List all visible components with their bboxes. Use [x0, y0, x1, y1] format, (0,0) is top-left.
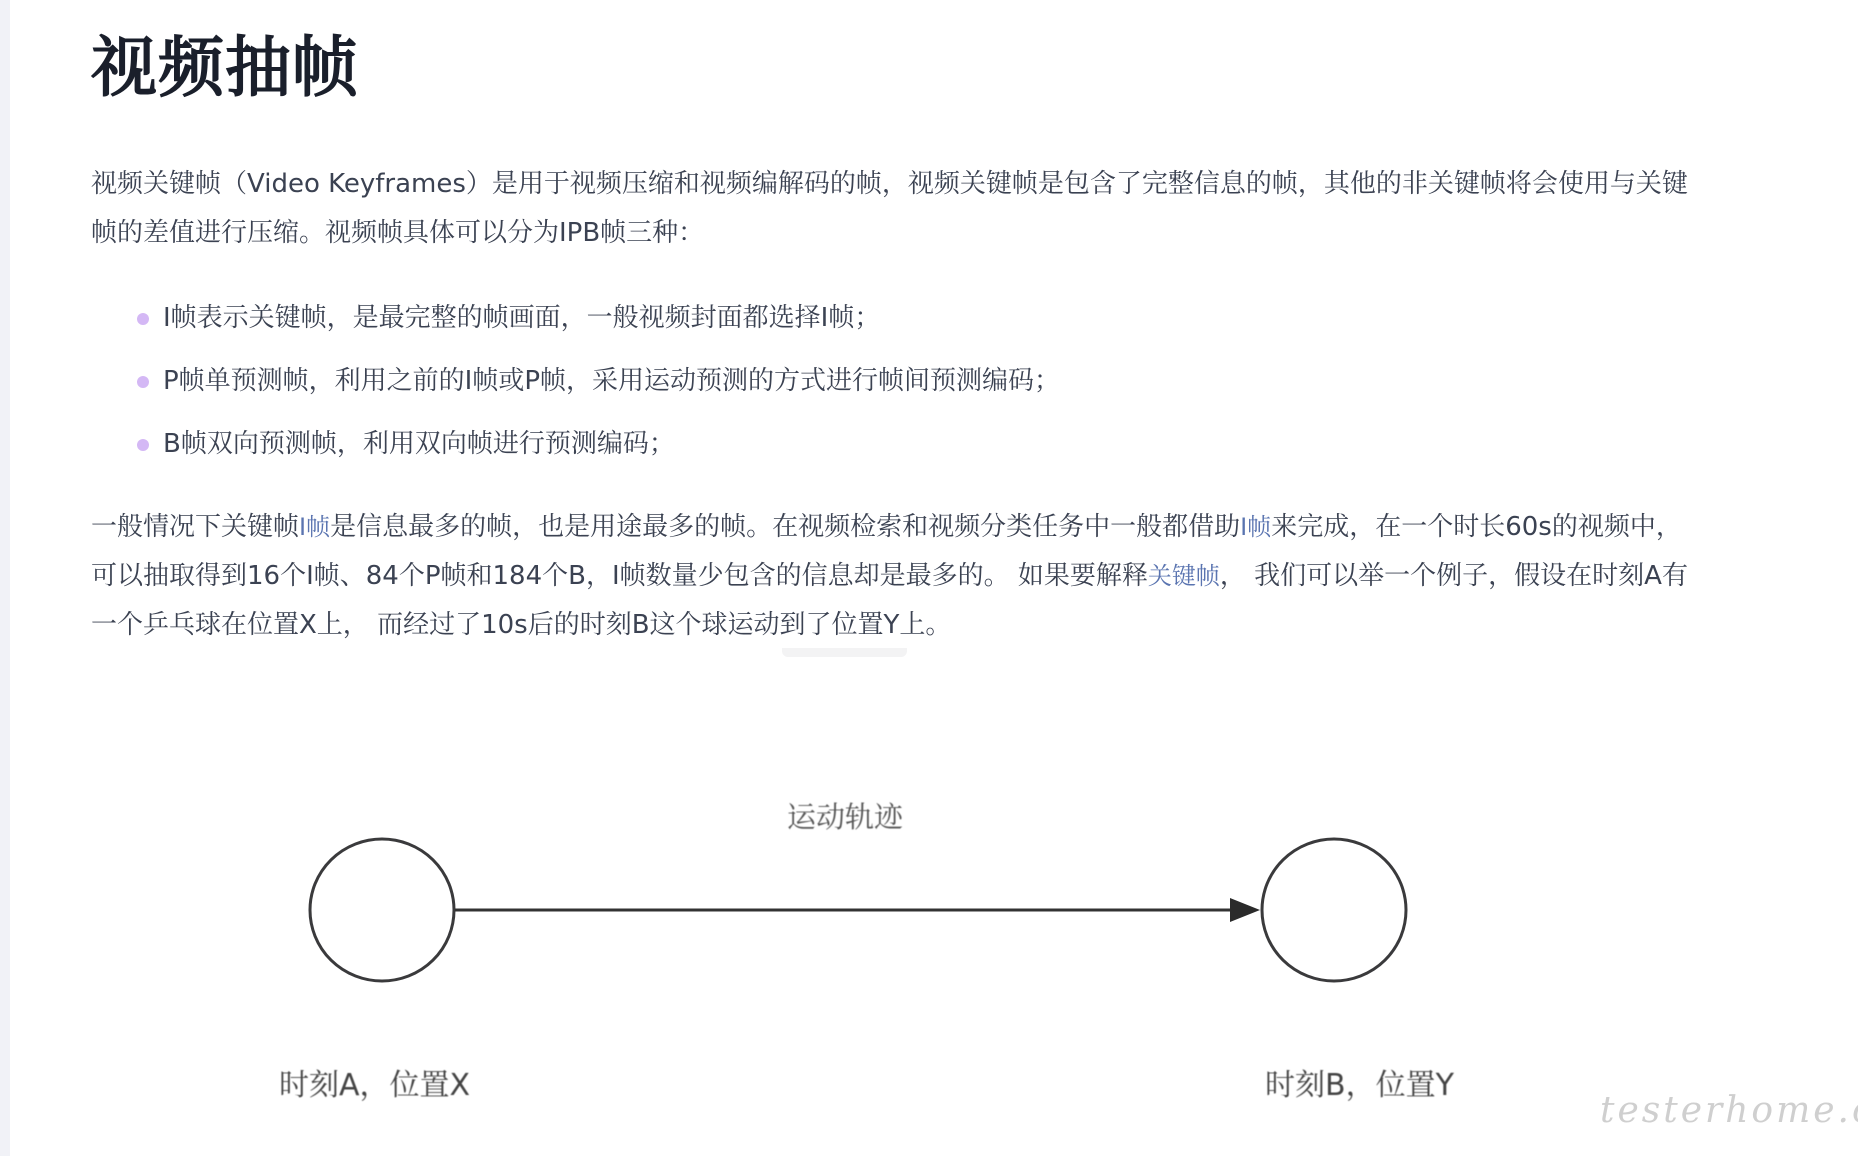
bullet-dot-icon [137, 313, 149, 325]
motion-diagram: 运动轨迹 时刻A，位置X 时刻B，位置Y [0, 680, 1858, 1156]
text-run: 一般情况下关键帧 [91, 512, 299, 542]
bullet-dot-icon [137, 439, 149, 451]
list-item-text: P帧单预测帧，利用之前的I帧或P帧，采用运动预测的方式进行帧间预测编码； [163, 366, 1060, 396]
page-title: 视频抽帧 [91, 28, 359, 108]
paragraph-line: 一个乒乓球在位置X上， 而经过了10s后的时刻B这个球运动到了位置Y上。 [91, 601, 1811, 650]
explanation-paragraph: 一般情况下关键帧I帧是信息最多的帧，也是用途最多的帧。在视频检索和视频分类任务中… [91, 503, 1811, 650]
position-a-circle [310, 839, 454, 981]
bullet-dot-icon [137, 376, 149, 388]
text-run: 来完成，在一个时长60s的视频中， [1271, 512, 1682, 542]
paragraph-line: 可以抽取得到16个I帧、84个P帧和184个B，I帧数量少包含的信息却是最多的。… [91, 552, 1811, 601]
list-item-text: I帧表示关键帧，是最完整的帧画面，一般视频封面都选择I帧； [163, 303, 880, 333]
text-run: 可以抽取得到16个I帧、84个P帧和184个B，I帧数量少包含的信息却是最多的。… [91, 561, 1148, 591]
frame-type-list: I帧表示关键帧，是最完整的帧画面，一般视频封面都选择I帧； P帧单预测帧，利用之… [91, 294, 1060, 483]
intro-line: 帧的差值进行压缩。视频帧具体可以分为IPB帧三种： [91, 209, 1811, 258]
paragraph-line: 一般情况下关键帧I帧是信息最多的帧，也是用途最多的帧。在视频检索和视频分类任务中… [91, 503, 1811, 552]
text-run: 是信息最多的帧，也是用途最多的帧。在视频检索和视频分类任务中一般都借助 [330, 512, 1240, 542]
position-b-label: 时刻B，位置Y [1265, 1060, 1454, 1104]
position-a-label: 时刻A，位置X [279, 1060, 470, 1104]
position-b-circle [1262, 839, 1406, 981]
intro-paragraph: 视频关键帧（Video Keyframes）是用于视频压缩和视频编解码的帧，视频… [91, 160, 1811, 258]
list-item-text: B帧双向预测帧，利用双向帧进行预测编码； [163, 429, 675, 459]
text-run: ， 我们可以举一个例子，假设在时刻A有 [1220, 561, 1688, 591]
list-item-i-frame: I帧表示关键帧，是最完整的帧画面，一般视频封面都选择I帧； [91, 294, 1060, 357]
i-frame-link[interactable]: I帧 [1240, 513, 1271, 541]
watermark: testerhome.com [1600, 1090, 1858, 1131]
list-item-p-frame: P帧单预测帧，利用之前的I帧或P帧，采用运动预测的方式进行帧间预测编码； [91, 357, 1060, 420]
keyframe-link[interactable]: 关键帧 [1148, 562, 1220, 590]
intro-line: 视频关键帧（Video Keyframes）是用于视频压缩和视频编解码的帧，视频… [91, 160, 1811, 209]
trajectory-label: 运动轨迹 [787, 795, 903, 836]
i-frame-link[interactable]: I帧 [299, 513, 330, 541]
arrowhead-icon [1230, 898, 1260, 922]
image-frame-top [782, 648, 907, 657]
list-item-b-frame: B帧双向预测帧，利用双向帧进行预测编码； [91, 420, 1060, 483]
